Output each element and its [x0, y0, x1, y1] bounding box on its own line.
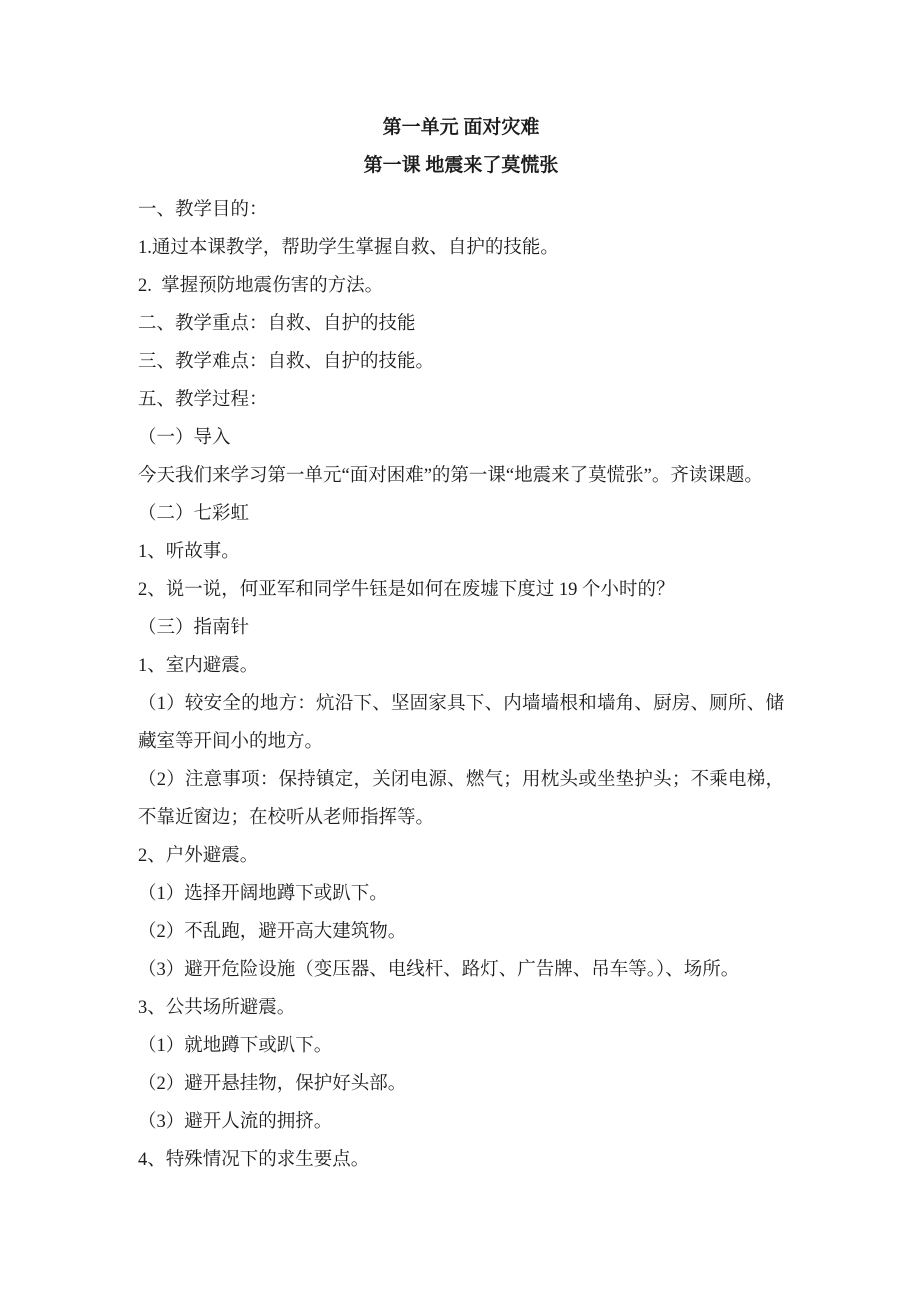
document-body: 一、教学目的：1.通过本课教学，帮助学生掌握自救、自护的技能。2. 掌握预防地震… — [138, 191, 784, 1179]
paragraph: 1.通过本课教学，帮助学生掌握自救、自护的技能。 — [138, 229, 784, 267]
paragraph: （3）避开危险设施（变压器、电线杆、路灯、广告牌、吊车等。）、场所。 — [138, 951, 784, 989]
paragraph: 2、户外避震。 — [138, 837, 784, 875]
paragraph: （二）七彩虹 — [138, 495, 784, 533]
paragraph: 1、室内避震。 — [138, 647, 784, 685]
paragraph: 三、教学难点：自救、自护的技能。 — [138, 343, 784, 381]
paragraph: （2）不乱跑，避开高大建筑物。 — [138, 913, 784, 951]
paragraph: 今天我们来学习第一单元“面对困难”的第一课“地震来了莫慌张”。齐读课题。 — [138, 457, 784, 495]
paragraph: 一、教学目的： — [138, 191, 784, 229]
paragraph: （2）避开悬挂物，保护好头部。 — [138, 1065, 784, 1103]
paragraph: 五、教学过程： — [138, 381, 784, 419]
paragraph: （1）较安全的地方：炕沿下、坚固家具下、内墙墙根和墙角、厨房、厕所、储藏室等开间… — [138, 685, 784, 761]
paragraph: 2. 掌握预防地震伤害的方法。 — [138, 267, 784, 305]
paragraph: （1）选择开阔地蹲下或趴下。 — [138, 875, 784, 913]
document-page: 第一单元 面对灾难 第一课 地震来了莫慌张 一、教学目的：1.通过本课教学，帮助… — [0, 0, 920, 1302]
paragraph: （1）就地蹲下或趴下。 — [138, 1027, 784, 1065]
paragraph: （2）注意事项：保持镇定，关闭电源、燃气；用枕头或坐垫护头；不乘电梯，不靠近窗边… — [138, 761, 784, 837]
paragraph: 1、听故事。 — [138, 533, 784, 571]
paragraph: （3）避开人流的拥挤。 — [138, 1103, 784, 1141]
paragraph: （一）导入 — [138, 419, 784, 457]
document-subtitle: 第一课 地震来了莫慌张 — [138, 147, 784, 185]
paragraph: 4、特殊情况下的求生要点。 — [138, 1141, 784, 1179]
paragraph: （三）指南针 — [138, 609, 784, 647]
paragraph: 3、公共场所避震。 — [138, 989, 784, 1027]
document-title: 第一单元 面对灾难 — [138, 109, 784, 147]
paragraph: 二、教学重点：自救、自护的技能 — [138, 305, 784, 343]
paragraph: 2、说一说，何亚军和同学牛钰是如何在废墟下度过 19 个小时的？ — [138, 571, 784, 609]
